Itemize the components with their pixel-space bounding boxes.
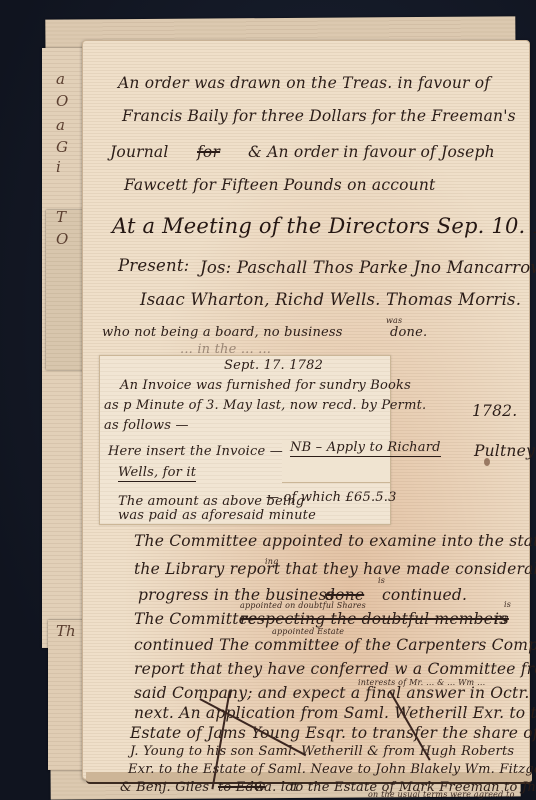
slip-line: as follows — [104, 418, 189, 433]
slip-nb: NB – Apply to Richard [290, 440, 441, 457]
entry-line: Francis Baily for three Dollars for the … [122, 107, 516, 125]
margin-fragment: i [56, 160, 61, 175]
slip-amount-line: was paid as aforesaid minute [118, 508, 316, 523]
interlinear-insert: ing [265, 557, 278, 566]
entry-line: Journal [110, 143, 169, 161]
peek-name: Pultney [474, 442, 535, 460]
committee-line: Exr. to the Estate of Saml. Neave to Joh… [128, 762, 536, 777]
present-label: Present: [118, 256, 195, 275]
peek-year: 1782. [472, 402, 517, 420]
committee-line: report that they have conferred w a Comm… [134, 660, 536, 678]
committee-line: The Committee [134, 610, 257, 628]
struck-word: is [494, 610, 507, 628]
committee-line: the Library report that they have made c… [134, 560, 536, 578]
committee-line: J. Young to his son Saml. Wetherill & fr… [130, 744, 514, 759]
margin-fragment: T [56, 210, 66, 225]
margin-fragment: a [56, 72, 65, 87]
interlinear-insert: is [378, 576, 385, 585]
slip-date: Sept. 17. 1782 [224, 358, 323, 373]
meeting-heading: At a Meeting of the Directors Sep. 10. 1… [112, 214, 536, 238]
committee-line: continued The committee of the Carpenter… [134, 636, 536, 654]
ink-stain [484, 458, 490, 466]
struck-word: for [197, 143, 220, 161]
interlinear-insert: appointed Estate [272, 627, 344, 636]
entry-line: & An order in favour of Joseph [248, 143, 495, 161]
meeting-note: who not being a board, no business [102, 325, 343, 340]
margin-fragment: a [56, 118, 65, 133]
entry-line: Fawcett for Fifteen Pounds on account [124, 176, 435, 194]
committee-line: The Committee appointed to examine into … [134, 532, 536, 550]
meeting-note-end: done. [390, 325, 427, 340]
slip-insert-line: Here insert the Invoice — [108, 444, 283, 459]
slip-line: An Invoice was furnished for sundry Book… [120, 378, 411, 393]
slip-of-which: — of which £65.5.3 [266, 490, 397, 505]
interlinear-insert: is [504, 600, 511, 609]
present-line: Jos: Paschall Thos Parke Jno Mancarrow [200, 258, 536, 277]
margin-fragment: O [56, 232, 68, 247]
committee-line: Estate of Jams Young Esqr. to transfer t… [130, 724, 536, 742]
margin-fragment: Th [56, 624, 76, 639]
committee-line: next. An application from Saml. Wetheril… [134, 704, 536, 722]
committee-line: continued. [382, 586, 467, 604]
margin-fragment: G [56, 140, 68, 155]
interlinear-insert: appointed on doubtful Shares [240, 601, 366, 610]
interlinear-insert: was [386, 316, 402, 325]
entry-line: An order was drawn on the Treas. in favo… [118, 74, 490, 92]
committee-line: & Benj. Giles [120, 780, 209, 795]
margin-fragment: O [56, 94, 68, 109]
interlinear-insert: on the usual terms were agreed to [368, 790, 515, 799]
slip-insert-line2: Wells, for it [118, 465, 196, 482]
interlinear-insert: interests of Mr. ... & ... Wm ... [358, 678, 485, 687]
slip-line: as p Minute of 3. May last, now recd. by… [104, 398, 426, 413]
present-line: Isaac Wharton, Richd Wells. Thomas Morri… [140, 290, 521, 309]
struck-phrase: respecting the doubtful members [240, 610, 509, 628]
